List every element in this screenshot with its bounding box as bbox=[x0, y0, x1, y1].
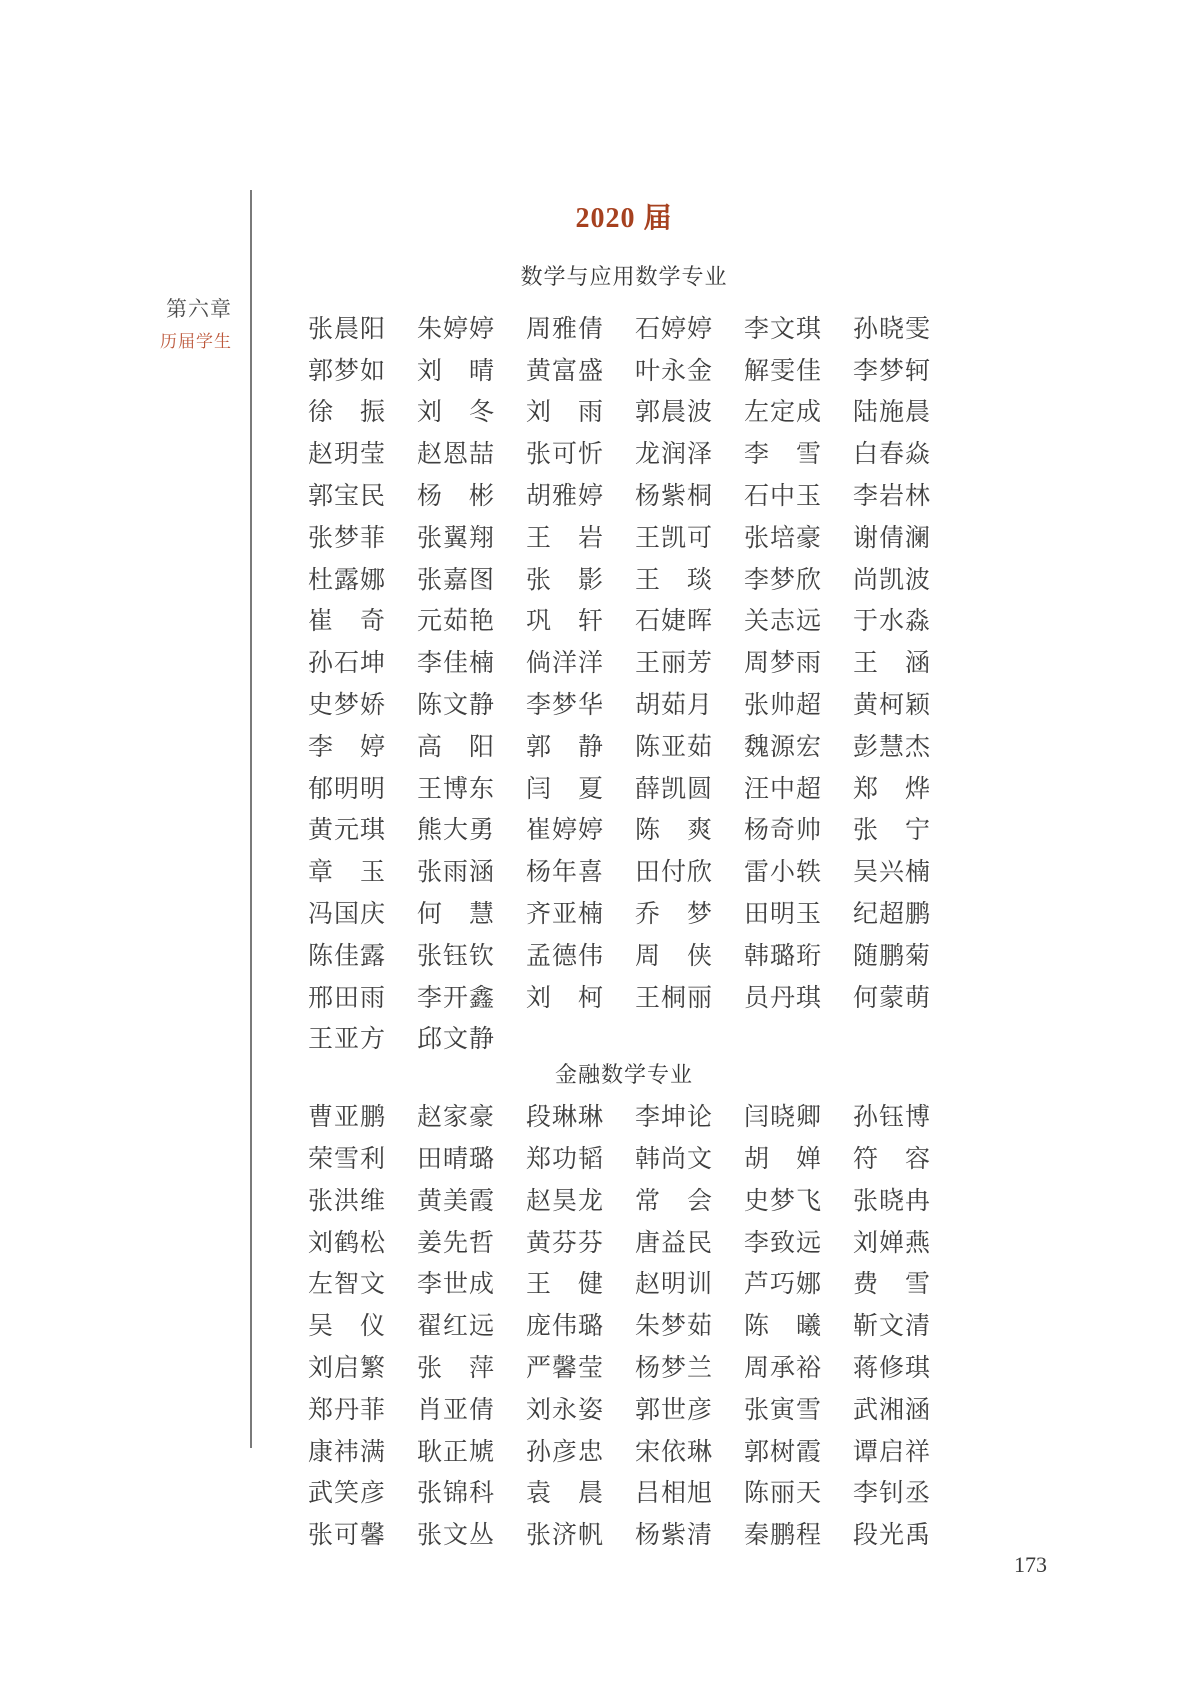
student-name: 杨梦兰 bbox=[635, 1348, 712, 1384]
student-name: 张嘉图 bbox=[417, 560, 494, 596]
student-name: 王桐丽 bbox=[635, 978, 712, 1014]
student-name: 于水淼 bbox=[853, 601, 930, 637]
student-name: 员丹琪 bbox=[744, 978, 821, 1014]
student-name: 荣雪利 bbox=[308, 1139, 385, 1175]
student-name: 黄美霞 bbox=[417, 1181, 494, 1217]
student-name: 何蒙萌 bbox=[853, 978, 930, 1014]
name-row: 郭宝民杨彬胡雅婷杨紫桐石中玉李岩林 bbox=[308, 473, 940, 515]
student-name: 章玉 bbox=[308, 852, 385, 888]
student-name: 郁明明 bbox=[308, 769, 385, 805]
student-name: 李钊丞 bbox=[853, 1473, 930, 1509]
student-name: 段琳琳 bbox=[526, 1097, 603, 1133]
name-grid: 张晨阳朱婷婷周雅倩石婷婷李文琪孙晓雯郭梦如刘晴黄富盛叶永金解雯佳李梦轲徐振刘冬刘… bbox=[308, 306, 940, 1058]
student-name: 赵家豪 bbox=[417, 1097, 494, 1133]
student-name: 冯国庆 bbox=[308, 894, 385, 930]
student-name: 巩轩 bbox=[526, 601, 603, 637]
student-name: 张济帆 bbox=[526, 1515, 603, 1551]
name-row: 郑丹菲肖亚倩刘永姿郭世彦张寅雪武湘涵 bbox=[308, 1387, 940, 1429]
student-name: 胡雅婷 bbox=[526, 476, 603, 512]
student-name: 张宁 bbox=[853, 810, 930, 846]
student-name: 杨年喜 bbox=[526, 852, 603, 888]
student-name: 武笑彦 bbox=[308, 1473, 385, 1509]
page-content: 2020 届 数学与应用数学专业张晨阳朱婷婷周雅倩石婷婷李文琪孙晓雯郭梦如刘晴黄… bbox=[308, 0, 940, 1554]
student-name: 彭慧杰 bbox=[853, 727, 930, 763]
student-name: 袁晨 bbox=[526, 1473, 603, 1509]
student-name: 姜先哲 bbox=[417, 1223, 494, 1259]
student-name: 王琰 bbox=[635, 560, 712, 596]
student-name: 靳文清 bbox=[853, 1306, 930, 1342]
student-name: 唐益民 bbox=[635, 1223, 712, 1259]
student-name: 陈佳露 bbox=[308, 936, 385, 972]
student-name: 闫晓卿 bbox=[744, 1097, 821, 1133]
student-name: 石婕晖 bbox=[635, 601, 712, 637]
student-name: 高阳 bbox=[417, 727, 494, 763]
student-name: 关志远 bbox=[744, 601, 821, 637]
student-name: 李坤论 bbox=[635, 1097, 712, 1133]
student-name: 宋依琳 bbox=[635, 1432, 712, 1468]
name-row: 曹亚鹏赵家豪段琳琳李坤论闫晓卿孙钰博 bbox=[308, 1094, 940, 1136]
student-name: 倘洋洋 bbox=[526, 643, 603, 679]
student-name: 张洪维 bbox=[308, 1181, 385, 1217]
chapter-subtitle: 历届学生 bbox=[0, 331, 232, 353]
student-name: 杨彬 bbox=[417, 476, 494, 512]
student-name: 随鹏菊 bbox=[853, 936, 930, 972]
student-name: 芦巧娜 bbox=[744, 1264, 821, 1300]
student-name: 常会 bbox=[635, 1181, 712, 1217]
student-name: 孙晓雯 bbox=[853, 309, 930, 345]
student-name: 谢倩澜 bbox=[853, 518, 930, 554]
student-name: 谭启祥 bbox=[853, 1432, 930, 1468]
section-heading: 数学与应用数学专业 bbox=[308, 262, 940, 292]
student-name: 雷小轶 bbox=[744, 852, 821, 888]
name-row: 冯国庆何慧齐亚楠乔梦田明玉纪超鹏 bbox=[308, 891, 940, 933]
student-name: 邢田雨 bbox=[308, 978, 385, 1014]
student-sections: 数学与应用数学专业张晨阳朱婷婷周雅倩石婷婷李文琪孙晓雯郭梦如刘晴黄富盛叶永金解雯… bbox=[308, 262, 940, 1554]
student-name: 郑功韬 bbox=[526, 1139, 603, 1175]
student-name: 刘冬 bbox=[417, 392, 494, 428]
student-name: 杨奇帅 bbox=[744, 810, 821, 846]
student-name: 朱梦茹 bbox=[635, 1306, 712, 1342]
student-name: 石婷婷 bbox=[635, 309, 712, 345]
student-name: 刘婵燕 bbox=[853, 1223, 930, 1259]
section-heading: 金融数学专业 bbox=[308, 1060, 940, 1090]
student-name: 元茹艳 bbox=[417, 601, 494, 637]
student-name: 陈爽 bbox=[635, 810, 712, 846]
student-name: 白春焱 bbox=[853, 434, 930, 470]
student-name: 周侠 bbox=[635, 936, 712, 972]
student-name: 张培豪 bbox=[744, 518, 821, 554]
student-name: 张文丛 bbox=[417, 1515, 494, 1551]
name-row: 郁明明王博东闫夏薛凯圆汪中超郑烨 bbox=[308, 766, 940, 808]
student-name: 吴仪 bbox=[308, 1306, 385, 1342]
name-row: 黄元琪熊大勇崔婷婷陈爽杨奇帅张宁 bbox=[308, 808, 940, 850]
student-name: 韩尚文 bbox=[635, 1139, 712, 1175]
student-name: 吴兴楠 bbox=[853, 852, 930, 888]
student-name: 乔梦 bbox=[635, 894, 712, 930]
student-name: 李世成 bbox=[417, 1264, 494, 1300]
student-name: 黄柯颖 bbox=[853, 685, 930, 721]
student-name: 黄元琪 bbox=[308, 810, 385, 846]
student-name: 李文琪 bbox=[744, 309, 821, 345]
student-name: 张翼翔 bbox=[417, 518, 494, 554]
student-name: 张雨涵 bbox=[417, 852, 494, 888]
student-name: 吕相旭 bbox=[635, 1473, 712, 1509]
student-name: 王亚方 bbox=[308, 1019, 385, 1055]
student-name: 张影 bbox=[526, 560, 603, 596]
name-row: 左智文李世成王健赵明训芦巧娜费雪 bbox=[308, 1262, 940, 1304]
name-row: 史梦娇陈文静李梦华胡茹月张帅超黄柯颖 bbox=[308, 682, 940, 724]
name-row: 武笑彦张锦科袁晨吕相旭陈丽天李钊丞 bbox=[308, 1471, 940, 1513]
student-section: 数学与应用数学专业张晨阳朱婷婷周雅倩石婷婷李文琪孙晓雯郭梦如刘晴黄富盛叶永金解雯… bbox=[308, 262, 940, 1058]
student-name: 赵明训 bbox=[635, 1264, 712, 1300]
student-name: 石中玉 bbox=[744, 476, 821, 512]
student-name: 张锦科 bbox=[417, 1473, 494, 1509]
student-name: 蒋修琪 bbox=[853, 1348, 930, 1384]
student-name: 熊大勇 bbox=[417, 810, 494, 846]
name-row: 荣雪利田晴璐郑功韬韩尚文胡婵符容 bbox=[308, 1136, 940, 1178]
student-name: 李梦轲 bbox=[853, 351, 930, 387]
name-row: 康祎满耿正虓孙彦忠宋依琳郭树霞谭启祥 bbox=[308, 1429, 940, 1471]
name-row: 徐振刘冬刘雨郭晨波左定成陆施晨 bbox=[308, 390, 940, 432]
student-name: 史梦飞 bbox=[744, 1181, 821, 1217]
student-name: 孙彦忠 bbox=[526, 1432, 603, 1468]
student-name: 陈曦 bbox=[744, 1306, 821, 1342]
student-name: 尚凯波 bbox=[853, 560, 930, 596]
student-name: 朱婷婷 bbox=[417, 309, 494, 345]
name-row: 杜露娜张嘉图张影王琰李梦欣尚凯波 bbox=[308, 557, 940, 599]
student-name: 张晓冉 bbox=[853, 1181, 930, 1217]
student-name: 严馨莹 bbox=[526, 1348, 603, 1384]
student-name: 李梦欣 bbox=[744, 560, 821, 596]
name-row: 张洪维黄美霞赵昊龙常会史梦飞张晓冉 bbox=[308, 1178, 940, 1220]
student-name: 张寅雪 bbox=[744, 1390, 821, 1426]
student-name: 李婷 bbox=[308, 727, 385, 763]
student-name: 李致远 bbox=[744, 1223, 821, 1259]
student-name: 田付欣 bbox=[635, 852, 712, 888]
student-name: 齐亚楠 bbox=[526, 894, 603, 930]
student-name: 田明玉 bbox=[744, 894, 821, 930]
name-row: 郭梦如刘晴黄富盛叶永金解雯佳李梦轲 bbox=[308, 348, 940, 390]
student-name: 郭梦如 bbox=[308, 351, 385, 387]
chapter-divider-rule bbox=[250, 190, 252, 1448]
student-name: 康祎满 bbox=[308, 1432, 385, 1468]
student-name: 黄芬芬 bbox=[526, 1223, 603, 1259]
student-name: 左定成 bbox=[744, 392, 821, 428]
student-name: 王丽芳 bbox=[635, 643, 712, 679]
name-row: 李婷高阳郭静陈亚茹魏源宏彭慧杰 bbox=[308, 724, 940, 766]
student-name: 费雪 bbox=[853, 1264, 930, 1300]
student-name: 胡茹月 bbox=[635, 685, 712, 721]
student-name: 耿正虓 bbox=[417, 1432, 494, 1468]
student-name: 刘晴 bbox=[417, 351, 494, 387]
student-name: 翟红远 bbox=[417, 1306, 494, 1342]
page-number: 173 bbox=[1014, 1552, 1047, 1578]
name-row: 章玉张雨涵杨年喜田付欣雷小轶吴兴楠 bbox=[308, 849, 940, 891]
student-name: 陈亚茹 bbox=[635, 727, 712, 763]
student-name: 李佳楠 bbox=[417, 643, 494, 679]
student-name: 郭树霞 bbox=[744, 1432, 821, 1468]
student-name: 赵昊龙 bbox=[526, 1181, 603, 1217]
student-name: 邱文静 bbox=[417, 1019, 494, 1055]
student-name: 张可忻 bbox=[526, 434, 603, 470]
student-name: 武湘涵 bbox=[853, 1390, 930, 1426]
student-name: 张萍 bbox=[417, 1348, 494, 1384]
student-name: 左智文 bbox=[308, 1264, 385, 1300]
page-title: 2020 届 bbox=[308, 202, 940, 236]
name-row: 张梦菲张翼翔王岩王凯可张培豪谢倩澜 bbox=[308, 515, 940, 557]
student-name: 刘启繁 bbox=[308, 1348, 385, 1384]
student-name: 王健 bbox=[526, 1264, 603, 1300]
student-name: 薛凯圆 bbox=[635, 769, 712, 805]
student-name: 王涵 bbox=[853, 643, 930, 679]
student-name: 陈丽天 bbox=[744, 1473, 821, 1509]
name-row: 吴仪翟红远庞伟璐朱梦茹陈曦靳文清 bbox=[308, 1303, 940, 1345]
student-name: 陆施晨 bbox=[853, 392, 930, 428]
student-name: 郑烨 bbox=[853, 769, 930, 805]
student-name: 李雪 bbox=[744, 434, 821, 470]
name-row: 刘鹤松姜先哲黄芬芬唐益民李致远刘婵燕 bbox=[308, 1220, 940, 1262]
student-name: 史梦娇 bbox=[308, 685, 385, 721]
student-name: 韩璐珩 bbox=[744, 936, 821, 972]
student-name: 张梦菲 bbox=[308, 518, 385, 554]
student-name: 崔婷婷 bbox=[526, 810, 603, 846]
student-name: 田晴璐 bbox=[417, 1139, 494, 1175]
student-name: 郭晨波 bbox=[635, 392, 712, 428]
student-name: 符容 bbox=[853, 1139, 930, 1175]
name-row: 王亚方邱文静 bbox=[308, 1017, 940, 1059]
student-name: 杜露娜 bbox=[308, 560, 385, 596]
student-name: 王博东 bbox=[417, 769, 494, 805]
student-name: 黄富盛 bbox=[526, 351, 603, 387]
student-name: 郑丹菲 bbox=[308, 1390, 385, 1426]
student-name: 陈文静 bbox=[417, 685, 494, 721]
student-name: 杨紫桐 bbox=[635, 476, 712, 512]
student-name: 叶永金 bbox=[635, 351, 712, 387]
name-row: 张可馨张文丛张济帆杨紫清秦鹏程段光禹 bbox=[308, 1512, 940, 1554]
student-name: 李开鑫 bbox=[417, 978, 494, 1014]
student-name: 肖亚倩 bbox=[417, 1390, 494, 1426]
student-name: 郭静 bbox=[526, 727, 603, 763]
student-name: 赵恩喆 bbox=[417, 434, 494, 470]
student-name: 孙石坤 bbox=[308, 643, 385, 679]
name-row: 孙石坤李佳楠倘洋洋王丽芳周梦雨王涵 bbox=[308, 640, 940, 682]
student-name: 王岩 bbox=[526, 518, 603, 554]
student-name: 郭世彦 bbox=[635, 1390, 712, 1426]
name-row: 崔奇元茹艳巩轩石婕晖关志远于水淼 bbox=[308, 599, 940, 641]
student-name: 曹亚鹏 bbox=[308, 1097, 385, 1133]
chapter-title: 第六章 bbox=[0, 296, 232, 322]
student-name: 张帅超 bbox=[744, 685, 821, 721]
student-name: 刘永姿 bbox=[526, 1390, 603, 1426]
student-name: 刘柯 bbox=[526, 978, 603, 1014]
chapter-sidebar: 第六章 历届学生 bbox=[0, 296, 232, 353]
name-row: 刘启繁张萍严馨莹杨梦兰周承裕蒋修琪 bbox=[308, 1345, 940, 1387]
student-name: 解雯佳 bbox=[744, 351, 821, 387]
student-name: 李岩林 bbox=[853, 476, 930, 512]
student-name: 庞伟璐 bbox=[526, 1306, 603, 1342]
student-name: 孙钰博 bbox=[853, 1097, 930, 1133]
student-name: 闫夏 bbox=[526, 769, 603, 805]
student-name: 何慧 bbox=[417, 894, 494, 930]
student-name: 汪中超 bbox=[744, 769, 821, 805]
student-name: 段光禹 bbox=[853, 1515, 930, 1551]
student-name: 孟德伟 bbox=[526, 936, 603, 972]
student-name: 刘鹤松 bbox=[308, 1223, 385, 1259]
student-name: 周承裕 bbox=[744, 1348, 821, 1384]
student-name: 纪超鹏 bbox=[853, 894, 930, 930]
student-name: 崔奇 bbox=[308, 601, 385, 637]
student-name: 张钰钦 bbox=[417, 936, 494, 972]
student-name: 龙润泽 bbox=[635, 434, 712, 470]
student-name: 杨紫清 bbox=[635, 1515, 712, 1551]
name-row: 陈佳露张钰钦孟德伟周侠韩璐珩随鹏菊 bbox=[308, 933, 940, 975]
student-name: 郭宝民 bbox=[308, 476, 385, 512]
student-name: 王凯可 bbox=[635, 518, 712, 554]
name-grid: 曹亚鹏赵家豪段琳琳李坤论闫晓卿孙钰博荣雪利田晴璐郑功韬韩尚文胡婵符容张洪维黄美霞… bbox=[308, 1094, 940, 1554]
student-name: 张晨阳 bbox=[308, 309, 385, 345]
student-name: 秦鹏程 bbox=[744, 1515, 821, 1551]
student-name: 周雅倩 bbox=[526, 309, 603, 345]
name-row: 赵玥莹赵恩喆张可忻龙润泽李雪白春焱 bbox=[308, 431, 940, 473]
student-section: 金融数学专业曹亚鹏赵家豪段琳琳李坤论闫晓卿孙钰博荣雪利田晴璐郑功韬韩尚文胡婵符容… bbox=[308, 1060, 940, 1554]
student-name: 周梦雨 bbox=[744, 643, 821, 679]
student-name: 赵玥莹 bbox=[308, 434, 385, 470]
document-page: 第六章 历届学生 2020 届 数学与应用数学专业张晨阳朱婷婷周雅倩石婷婷李文琪… bbox=[0, 0, 1190, 1684]
student-name: 魏源宏 bbox=[744, 727, 821, 763]
name-row: 邢田雨李开鑫刘柯王桐丽员丹琪何蒙萌 bbox=[308, 975, 940, 1017]
student-name: 徐振 bbox=[308, 392, 385, 428]
student-name: 李梦华 bbox=[526, 685, 603, 721]
student-name: 张可馨 bbox=[308, 1515, 385, 1551]
student-name: 刘雨 bbox=[526, 392, 603, 428]
student-name: 胡婵 bbox=[744, 1139, 821, 1175]
name-row: 张晨阳朱婷婷周雅倩石婷婷李文琪孙晓雯 bbox=[308, 306, 940, 348]
